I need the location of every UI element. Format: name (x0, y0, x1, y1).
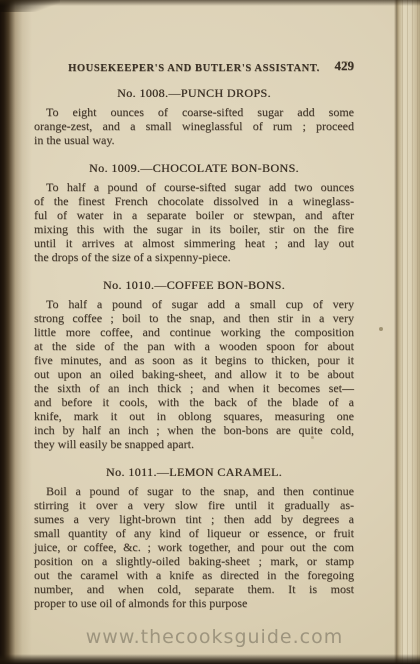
text-line: proper to use oil of almonds for this pu… (34, 596, 354, 610)
text-line: small quantity of any kind of liqueur or… (34, 526, 354, 540)
recipe-section: No. 1010.—COFFEE BON-BONS.To half a poun… (34, 278, 354, 451)
recipe-paragraph: To eight ounces of coarse-sifted sugar a… (34, 105, 354, 147)
text-line: little more coffee, and continue working… (34, 325, 354, 339)
text-line: orange-zest, and a small wineglassful of… (34, 119, 354, 133)
book-page: HOUSEKEEPER'S AND BUTLER'S ASSISTANT. 42… (0, 0, 397, 664)
text-line: juice, or coffee, &c. ; work together, a… (34, 540, 354, 554)
page-number: 429 (335, 58, 355, 74)
text-line: Boil a pound of sugar to the snap, and t… (34, 484, 354, 498)
text-line: out upon an oiled baking-sheet, and allo… (34, 367, 354, 381)
recipe-section: No. 1008.—PUNCH DROPS.To eight ounces of… (34, 86, 354, 147)
text-line: they will easily be snapped apart. (34, 437, 354, 451)
paper-speck (379, 327, 383, 331)
text-line: and before it cools, with the back of th… (34, 395, 354, 409)
text-line: sumes a very light-brown tint ; then add… (34, 512, 354, 526)
text-line: strong coffee ; boil to the snap, and th… (34, 311, 354, 325)
text-line: stirring it over a very slow fire until … (34, 498, 354, 512)
text-line: inch by half an inch ; when the bon-bons… (34, 423, 354, 437)
text-line: number, and when cold, separate them. It… (34, 582, 354, 596)
text-line: ful of water in a separate boiler or ste… (34, 208, 354, 222)
text-line: five minutes, and as soon as it begins t… (34, 353, 354, 367)
watermark: www.thecooksguide.com (50, 626, 379, 648)
text-line: until it arrives at almost simmering hea… (34, 236, 354, 250)
section-heading: No. 1010.—COFFEE BON-BONS. (34, 278, 354, 293)
scanned-book-photo: HOUSEKEEPER'S AND BUTLER'S ASSISTANT. 42… (0, 0, 420, 664)
text-line: To eight ounces of coarse-sifted sugar a… (34, 105, 354, 119)
section-heading: No. 1009.—CHOCOLATE BON-BONS. (34, 161, 354, 176)
text-line: mixing this with the sugar in its boiler… (34, 222, 354, 236)
recipe-paragraph: To half a pound of course-sifted sugar a… (34, 180, 354, 264)
text-line: knife, mark it out in oblong squares, me… (34, 409, 354, 423)
stacked-page-edges (397, 0, 420, 664)
text-line: out the caramel with a knife as directed… (34, 568, 354, 582)
running-header-title: HOUSEKEEPER'S AND BUTLER'S ASSISTANT. (68, 63, 320, 74)
recipe-section: No. 1009.—CHOCOLATE BON-BONS.To half a p… (34, 161, 354, 264)
text-line: position on a slightly-oiled baking-shee… (34, 554, 354, 568)
text-line: in the usual way. (34, 133, 354, 147)
page-content: No. 1008.—PUNCH DROPS.To eight ounces of… (34, 86, 354, 610)
running-header: HOUSEKEEPER'S AND BUTLER'S ASSISTANT. 42… (34, 0, 354, 72)
text-line: the sixth of an inch thick ; and when it… (34, 381, 354, 395)
recipe-paragraph: To half a pound of sugar add a small cup… (34, 297, 354, 451)
text-line: To half a pound of sugar add a small cup… (34, 297, 354, 311)
text-line: at the side of the pan with a wooden spo… (34, 339, 354, 353)
section-heading: No. 1011.—LEMON CARAMEL. (34, 465, 354, 480)
text-line: To half a pound of course-sifted sugar a… (34, 180, 354, 194)
section-heading: No. 1008.—PUNCH DROPS. (34, 86, 354, 101)
text-line: of the finest French chocolate dissolved… (34, 194, 354, 208)
text-line: the drops of the size of a sixpenny-piec… (34, 250, 354, 264)
recipe-paragraph: Boil a pound of sugar to the snap, and t… (34, 484, 354, 610)
recipe-section: No. 1011.—LEMON CARAMEL.Boil a pound of … (34, 465, 354, 610)
